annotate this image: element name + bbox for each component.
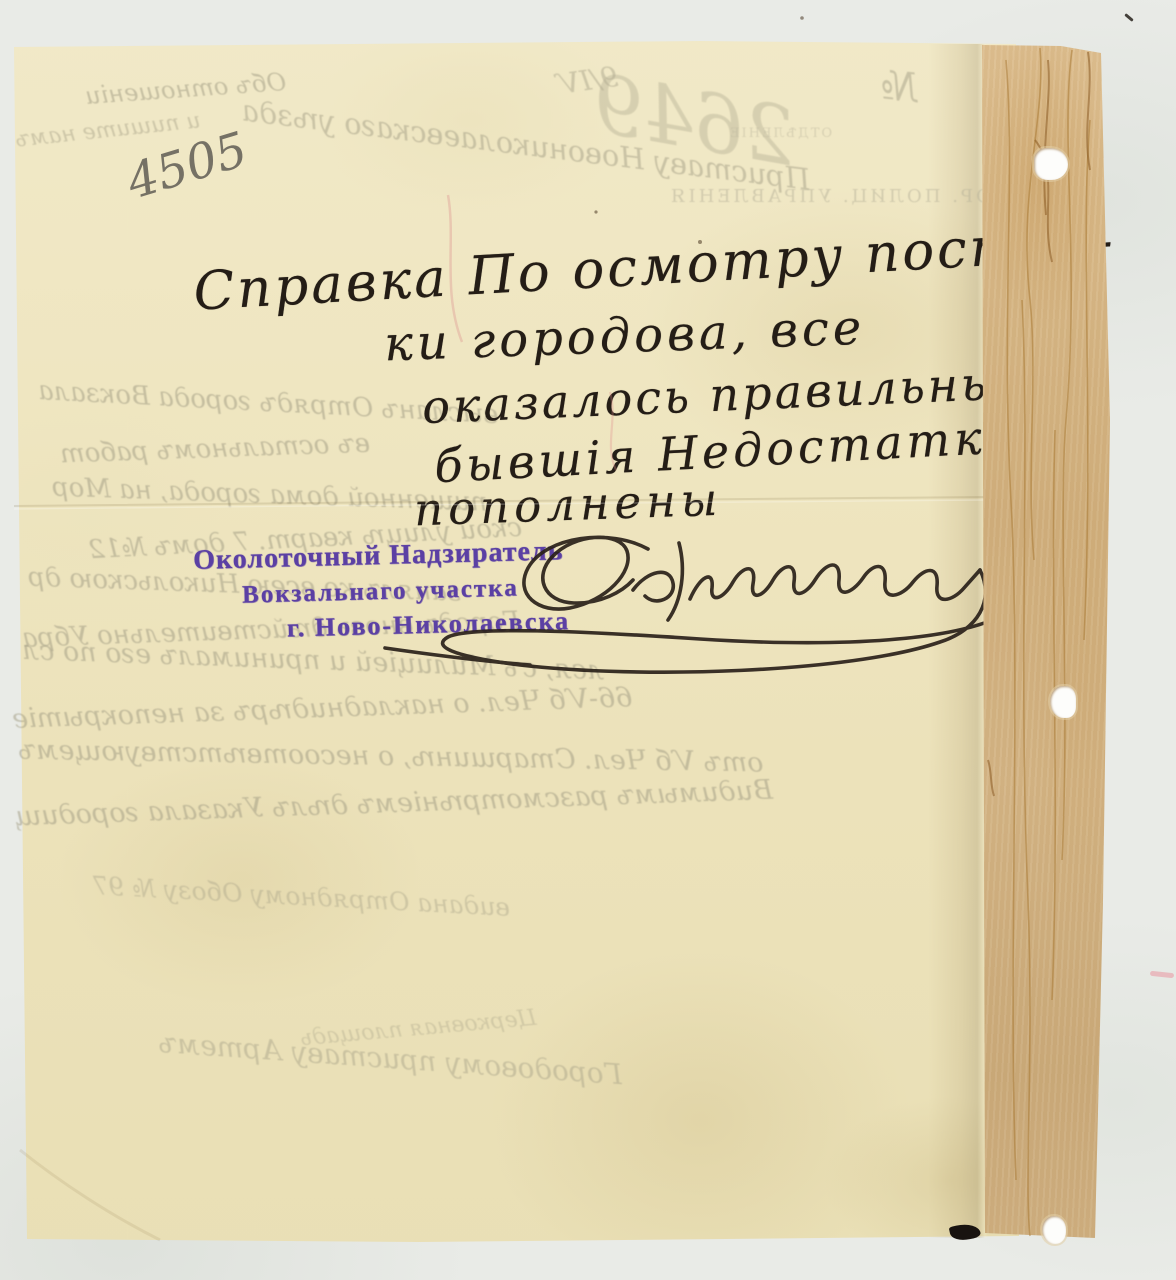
stamp-line-2: Вокзальнаго участка <box>242 573 570 610</box>
tape-hole <box>1034 148 1068 180</box>
handwriting-line-5: пополнены <box>413 473 723 537</box>
bleedthrough-letterhead-large: ГОР. ПОЛИЦ. УПРАВЛЕНІЯ <box>668 186 1006 207</box>
scanner-background: Объ отношеніи и пишите намъ № 9/ІѴ 2649 … <box>0 0 1176 1280</box>
tape-hole <box>1050 686 1076 718</box>
office-stamp: Околоточный Надзиратель Вокзальнаго учас… <box>193 535 571 646</box>
tape-hole <box>1042 1216 1066 1244</box>
dust-speck <box>1124 13 1134 22</box>
bleedthrough-letterhead-small: ОТДѢЛЕНІЕ <box>728 126 832 141</box>
bleedthrough-number-sign: № <box>878 62 920 112</box>
pink-mark <box>1150 971 1174 978</box>
